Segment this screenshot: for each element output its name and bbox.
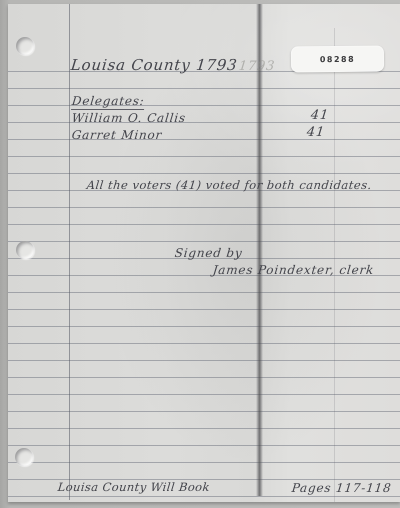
left-margin-line — [69, 4, 70, 500]
punch-hole-top — [16, 37, 34, 55]
punch-hole-bottom — [15, 448, 33, 466]
signed-by-label: Signed by — [174, 246, 243, 260]
delegate-name: William O. Callis — [71, 111, 187, 125]
delegate-votes: 41 — [306, 125, 326, 140]
clerk-signature: James Poindexter, clerk — [212, 263, 375, 277]
delegates-heading: Delegates: — [71, 94, 145, 110]
source-book-caption: Louisa County Will Book — [57, 480, 211, 494]
title-ghost-offset: 1793 — [238, 59, 276, 74]
center-crease-line — [256, 4, 263, 496]
voters-note: All the voters (41) voted for both candi… — [86, 178, 373, 192]
delegate-name: Garret Minor — [71, 128, 163, 142]
catalog-sticker: 08288 — [291, 46, 384, 73]
page-range-caption: Pages 117-118 — [291, 481, 392, 495]
scanned-page: 08288 Louisa County 1793 1793 Delegates:… — [0, 0, 400, 508]
delegate-votes: 41 — [310, 108, 330, 123]
ruled-lines — [8, 71, 400, 497]
notebook-paper: 08288 Louisa County 1793 1793 Delegates:… — [8, 4, 400, 502]
page-title: Louisa County 1793 — [70, 56, 238, 74]
punch-hole-middle — [16, 241, 34, 259]
catalog-number: 08288 — [320, 54, 355, 63]
